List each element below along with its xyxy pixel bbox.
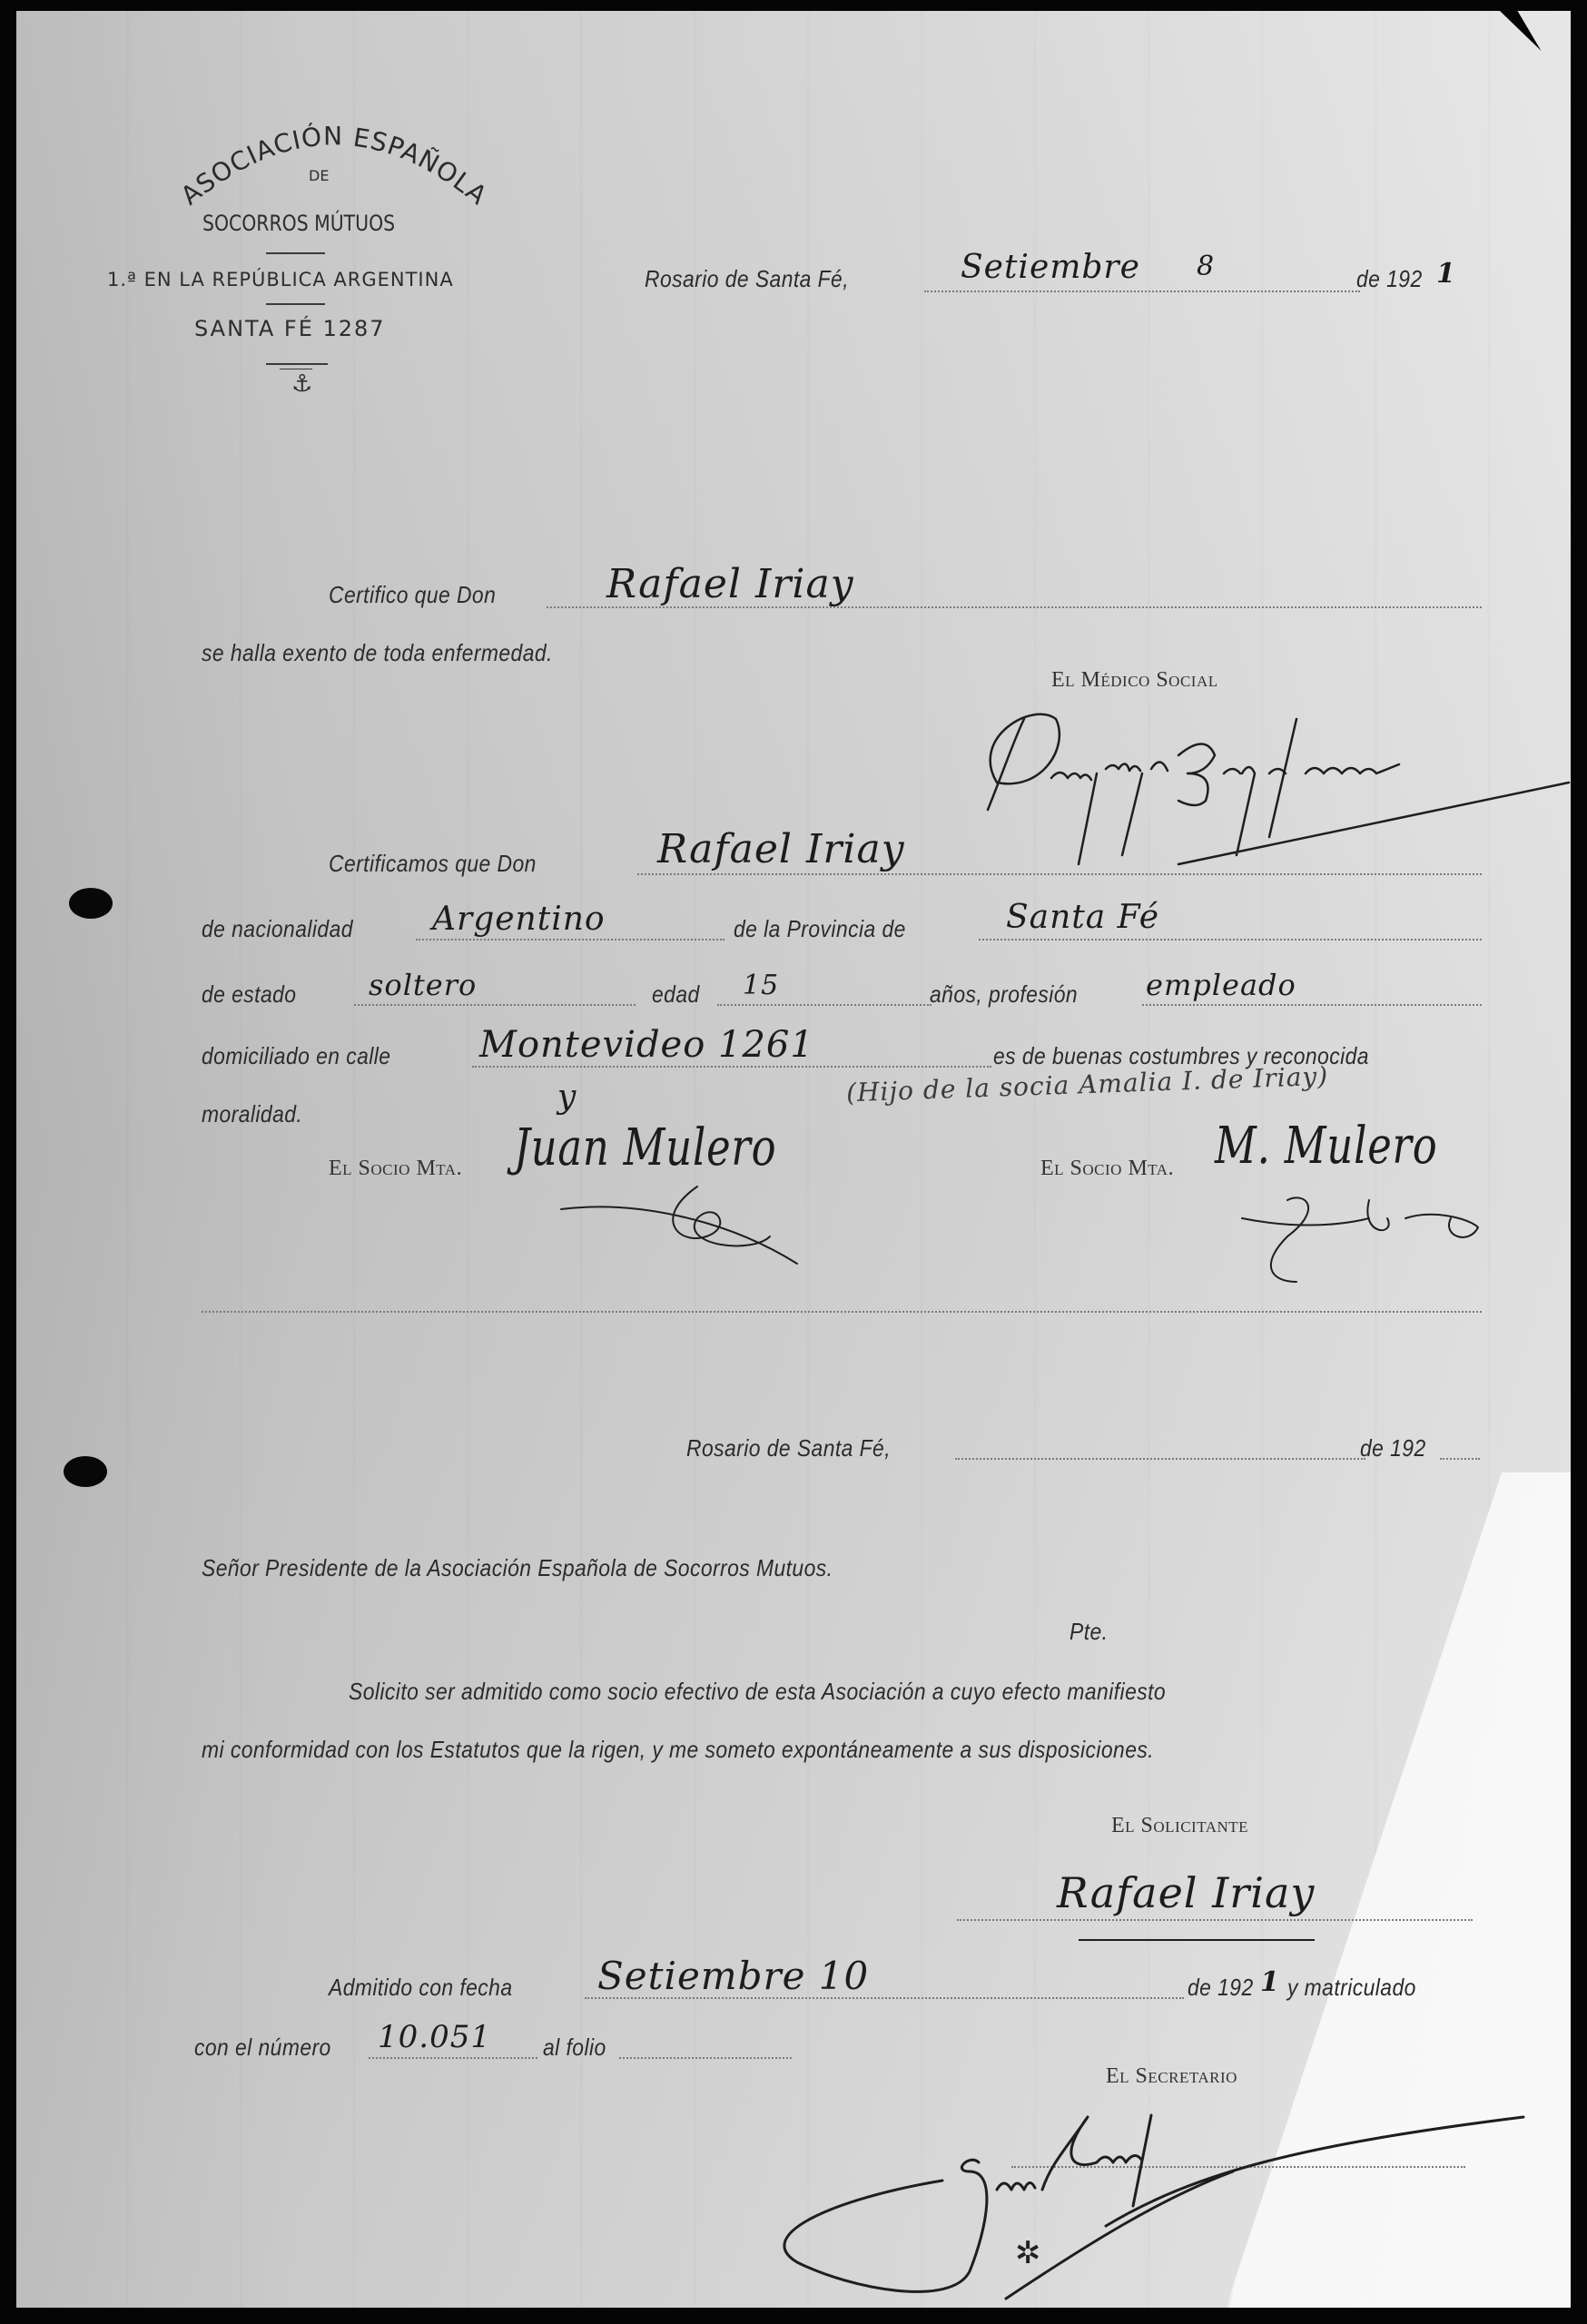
application-date-dots — [955, 1458, 1365, 1460]
application-date-year: de 192 — [1360, 1434, 1426, 1462]
admission-number: 10.051 — [378, 2019, 491, 2055]
header-date-prefix: Rosario de Santa Fé, — [645, 265, 849, 293]
header-date-year-suffix: 1 — [1436, 258, 1456, 290]
applicant-signature-underline — [1079, 1939, 1315, 1941]
province-label: de la Provincia de — [734, 915, 906, 943]
ink-blot: ✲ — [1015, 2235, 1041, 2271]
admission-year-suffix: 1 — [1260, 1966, 1280, 1998]
marital-label: de estado — [202, 980, 296, 1009]
letterhead-rule-4 — [280, 369, 312, 369]
application-body-line1: Solicito ser admitido como socio efectiv… — [349, 1678, 1166, 1706]
nationality-dots — [416, 939, 724, 940]
conduct-text-end: moralidad. — [202, 1100, 302, 1128]
header-date-year-prefix: de 192 — [1356, 265, 1423, 293]
marital-value: soltero — [369, 968, 477, 1002]
admission-year-prefix: de 192 — [1188, 1974, 1254, 2002]
application-year-dots — [1440, 1458, 1480, 1460]
applicant-signer-title: El Solicitante — [1111, 1814, 1248, 1838]
letterhead-rule-1 — [266, 252, 325, 254]
sponsor2-flourish — [1233, 1182, 1505, 1291]
admission-folio-label: al folio — [543, 2033, 606, 2062]
member-cert-name: Rafael Iriay — [657, 826, 905, 872]
anchor-emblem-icon: ⚓ — [291, 370, 312, 398]
application-pte: Pte. — [1069, 1618, 1108, 1646]
letterhead-address: SANTA FÉ 1287 — [194, 316, 386, 341]
nationality-label: de nacionalidad — [202, 915, 353, 943]
sponsor1-flourish — [543, 1182, 852, 1282]
letterhead-arc-title: ASOCIACIÓN ESPAÑOLA — [162, 111, 507, 220]
medical-cert-label: Certifico que Don — [329, 581, 496, 609]
application-salutation: Señor Presidente de la Asociación Españo… — [202, 1554, 833, 1582]
header-date-dots — [924, 290, 1360, 292]
doctor-signature — [951, 683, 1571, 864]
blank-line — [202, 1311, 1482, 1313]
sponsor2-label: El Socio Mta. — [1040, 1157, 1174, 1181]
letterhead-de: DE — [309, 167, 329, 184]
marital-dots — [354, 1004, 636, 1006]
age-dots — [717, 1004, 931, 1006]
letterhead-subtitle: SOCORROS MÚTUOS — [202, 211, 395, 236]
address-value: Montevideo 1261 — [479, 1024, 814, 1066]
province-dots — [979, 939, 1482, 940]
secretary-signature — [724, 2081, 1542, 2308]
age-label: edad — [652, 980, 700, 1009]
admission-date: Setiembre 10 — [597, 1954, 869, 1998]
medical-cert-name: Rafael Iriay — [606, 561, 854, 607]
admission-label: Admitido con fecha — [329, 1974, 513, 2002]
age-value: 15 — [743, 970, 779, 1001]
svg-text:ASOCIACIÓN ESPAÑOLA: ASOCIACIÓN ESPAÑOLA — [175, 121, 493, 212]
sponsor2-signature: M. Mulero — [1215, 1117, 1438, 1176]
sponsor1-signature: Juan Mulero — [514, 1118, 776, 1177]
application-body-line2: mi conformidad con los Estatutos que la … — [202, 1736, 1154, 1764]
province-value: Santa Fé — [1006, 899, 1159, 936]
nationality-value: Argentino — [432, 901, 606, 938]
header-date-month: Setiembre — [961, 249, 1140, 286]
hole-punch-top — [69, 888, 113, 919]
profession-dots — [1142, 1004, 1482, 1006]
member-cert-name-dots — [637, 873, 1482, 875]
medical-cert-statement: se halla exento de toda enfermedad. — [202, 639, 553, 667]
letterhead-country: 1.ª EN LA REPÚBLICA ARGENTINA — [107, 269, 454, 290]
address-label: domiciliado en calle — [202, 1042, 390, 1070]
admission-folio-dots — [619, 2057, 792, 2059]
header-date-day: 8 — [1197, 251, 1215, 282]
application-date-prefix: Rosario de Santa Fé, — [686, 1434, 891, 1462]
annotation-prefix: y — [557, 1078, 577, 1116]
hole-punch-bottom — [64, 1456, 107, 1487]
admission-number-dots — [369, 2057, 537, 2059]
sponsor1-label: El Socio Mta. — [329, 1157, 462, 1181]
document-page: ASOCIACIÓN ESPAÑOLA DE SOCORROS MÚTUOS 1… — [16, 11, 1571, 2308]
letterhead-rule-3 — [266, 363, 328, 365]
applicant-signature: Rafael Iriay — [1057, 1868, 1315, 1917]
letterhead-rule-2 — [266, 303, 325, 305]
admission-number-label: con el número — [194, 2033, 331, 2062]
profession-value: empleado — [1146, 968, 1296, 1002]
member-cert-label: Certificamos que Don — [329, 850, 537, 878]
applicant-signature-dots — [957, 1919, 1473, 1921]
admission-matriculado: y matriculado — [1287, 1974, 1416, 2002]
address-dots — [472, 1066, 991, 1068]
years-profession-label: años, profesión — [930, 980, 1078, 1009]
